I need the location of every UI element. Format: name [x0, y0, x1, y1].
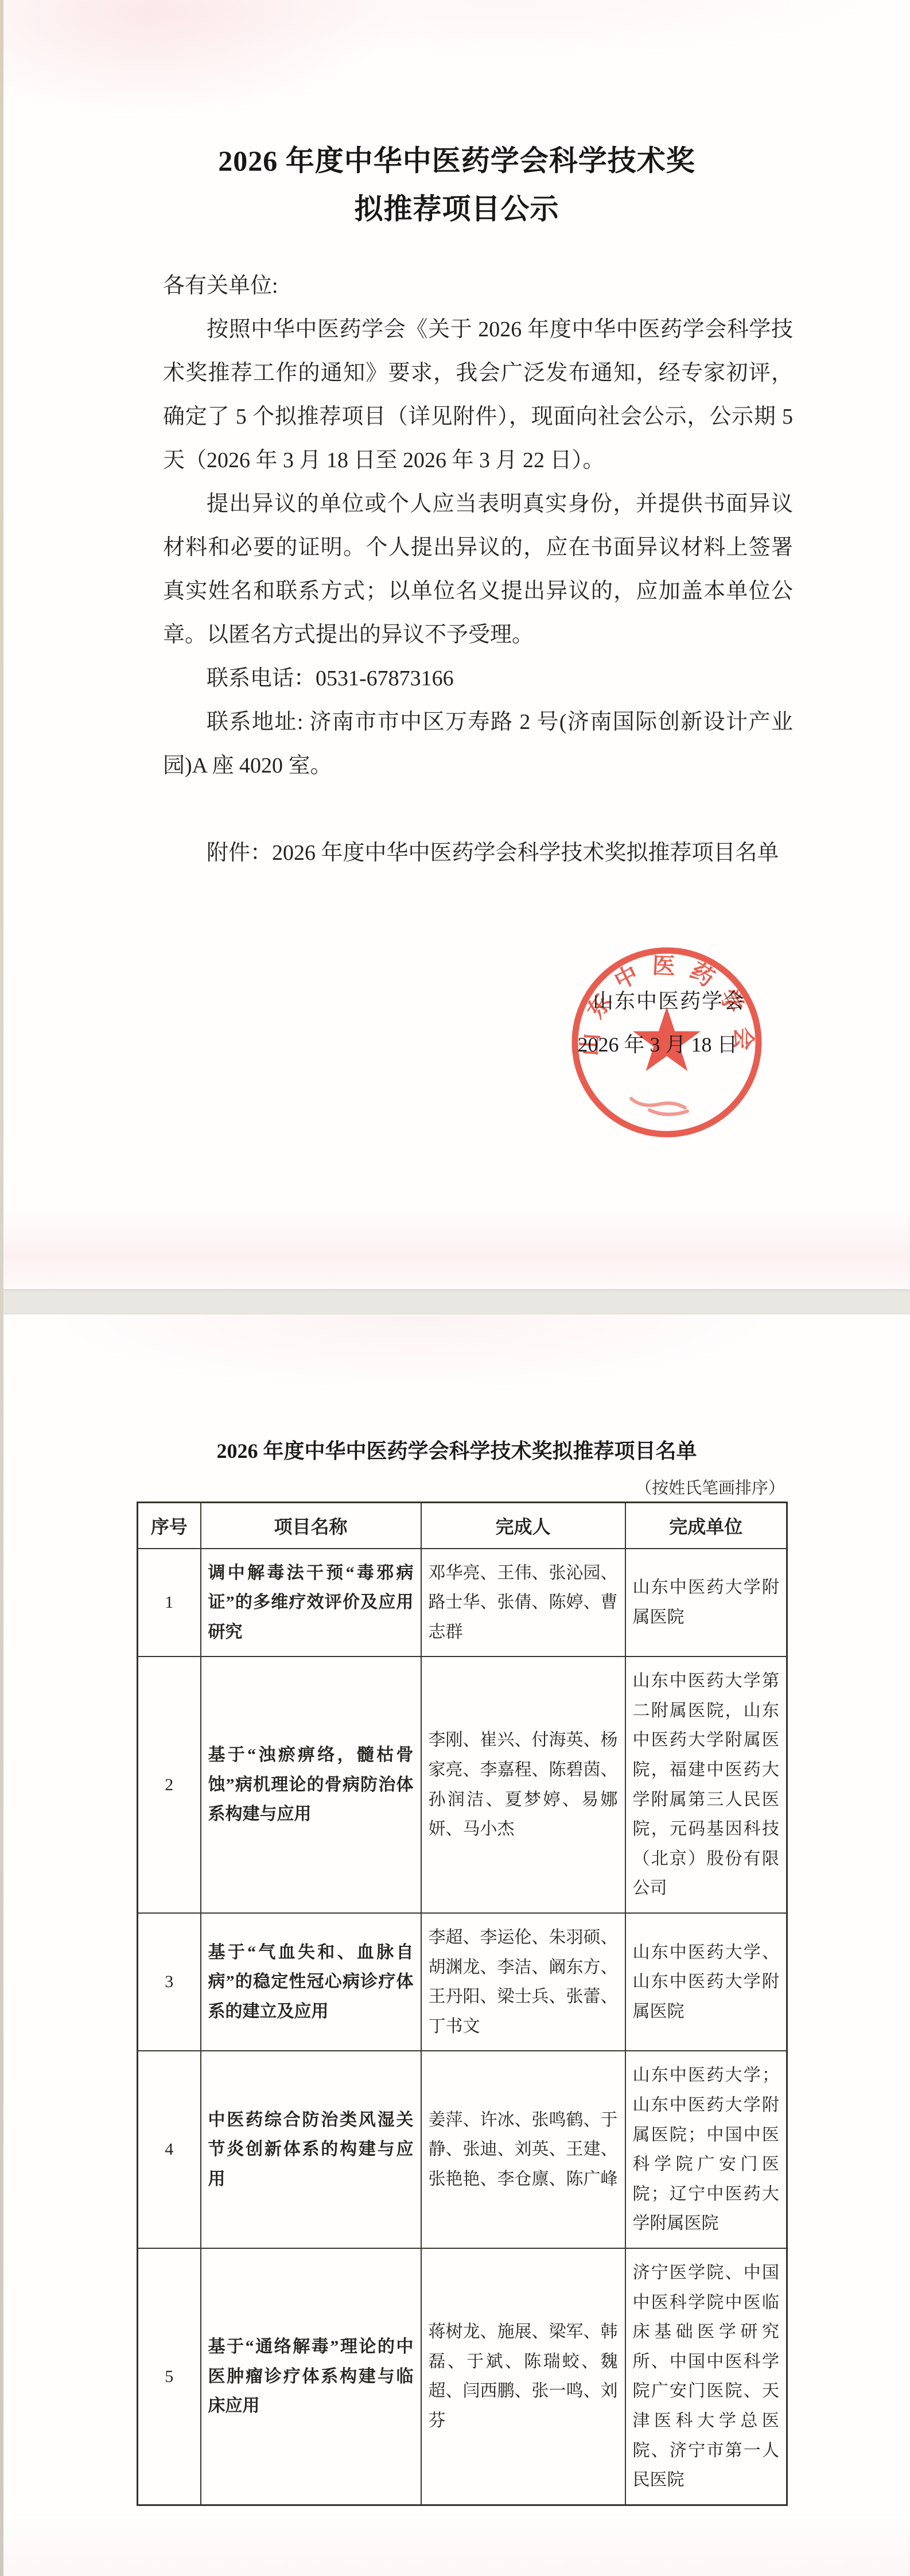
salutation: 各有关单位:: [163, 264, 793, 308]
col-header-units: 完成单位: [625, 1503, 787, 1549]
contact-phone: 联系电话：0531-67873166: [163, 657, 793, 700]
attachment-note: 附件：2026 年度中华中医药学会科学技术奖拟推荐项目名单: [163, 831, 793, 875]
cell-project: 基于“气血失和、血脉自病”的稳定性冠心病诊疗体系的建立及应用: [201, 1913, 421, 2051]
document-scan: 2026 年度中华中医药学会科学技术奖 拟推荐项目公示 各有关单位: 按照中华中…: [0, 0, 910, 2576]
cell-project: 调中解毒法干预“毒邪病证”的多维疗效评价及应用研究: [201, 1549, 421, 1657]
signature-date: 2026 年 3 月 18 日: [563, 1029, 752, 1058]
cell-members: 蒋树龙、施展、梁军、韩磊、于斌、陈瑞蛟、魏超、闫西鹏、张一鸣、刘芬: [421, 2248, 625, 2505]
cell-units: 山东中医药大学第二附属医院，山东中医药大学附属医院，福建中医药大学附属第三人民医…: [625, 1656, 787, 1913]
cell-no: 2: [138, 1656, 201, 1913]
seal-scribble: [631, 1099, 687, 1115]
table-row: 5基于“通络解毒”理论的中医肿瘤诊疗体系构建与临床应用蒋树龙、施展、梁军、韩磊、…: [138, 2248, 787, 2505]
cell-members: 邓华亮、王伟、张沁园、路士华、张倩、陈婷、曹志群: [421, 1549, 625, 1657]
paragraph-2: 提出异议的单位或个人应当表明真实身份，并提供书面异议材料和必要的证明。个人提出异…: [163, 482, 793, 657]
doc-title-line2: 拟推荐项目公示: [3, 185, 910, 233]
page-1: 2026 年度中华中医药学会科学技术奖 拟推荐项目公示 各有关单位: 按照中华中…: [3, 0, 910, 1289]
cell-no: 1: [138, 1549, 201, 1657]
cell-project: 基于“通络解毒”理论的中医肿瘤诊疗体系构建与临床应用: [201, 2248, 421, 2505]
cell-members: 李超、李运伦、朱羽硕、胡渊龙、李洁、阚东方、王丹阳、梁士兵、张蕾、丁书文: [421, 1913, 625, 2051]
col-header-project: 项目名称: [201, 1503, 421, 1549]
col-header-members: 完成人: [421, 1503, 625, 1549]
sort-note: （按姓氏笔画排序）: [635, 1475, 785, 1499]
table-row: 2基于“浊瘀痹络，髓枯骨蚀”病机理论的骨病防治体系构建与应用李刚、崔兴、付海英、…: [138, 1656, 787, 1913]
cell-units: 山东中医药大学；山东中医药大学附属医院；中国中医科学院广安门医院；辽宁中医药大学…: [625, 2051, 787, 2248]
projects-table: 序号 项目名称 完成人 完成单位 1调中解毒法干预“毒邪病证”的多维疗效评价及应…: [137, 1502, 788, 2506]
page-2: 2026 年度中华中医药学会科学技术奖拟推荐项目名单 （按姓氏笔画排序） 序号 …: [3, 1314, 910, 2576]
cell-project: 中医药综合防治类风湿关节炎创新体系的构建与应用: [201, 2051, 421, 2248]
table-row: 1调中解毒法干预“毒邪病证”的多维疗效评价及应用研究邓华亮、王伟、张沁园、路士华…: [138, 1549, 787, 1657]
table-row: 3基于“气血失和、血脉自病”的稳定性冠心病诊疗体系的建立及应用李超、李运伦、朱羽…: [138, 1913, 787, 2051]
table-row: 4中医药综合防治类风湿关节炎创新体系的构建与应用姜萍、许冰、张鸣鹤、于静、张迪、…: [138, 2051, 787, 2248]
cell-members: 李刚、崔兴、付海英、杨家亮、李嘉程、陈碧茵、孙润洁、夏梦婷、易娜妍、马小杰: [421, 1656, 625, 1913]
cell-units: 山东中医药大学、山东中医药大学附属医院: [625, 1913, 787, 2051]
cell-no: 4: [138, 2051, 201, 2248]
table-header-row: 序号 项目名称 完成人 完成单位: [138, 1503, 787, 1549]
cell-no: 5: [138, 2248, 201, 2505]
cell-units: 济宁医学院、中国中医科学院中医临床基础医学研究所、中国中医科学院广安门医院、天津…: [625, 2248, 787, 2505]
cell-members: 姜萍、许冰、张鸣鹤、于静、张迪、刘英、王建、张艳艳、李仓廪、陈广峰: [421, 2051, 625, 2248]
attachment-title: 2026 年度中华中医药学会科学技术奖拟推荐项目名单: [3, 1435, 910, 1464]
cell-units: 山东中医药大学附属医院: [625, 1549, 787, 1657]
projects-table-body: 1调中解毒法干预“毒邪病证”的多维疗效评价及应用研究邓华亮、王伟、张沁园、路士华…: [138, 1549, 787, 2505]
paragraph-1: 按照中华中医药学会《关于 2026 年度中华中医药学会科学技术奖推荐工作的通知》…: [163, 308, 793, 482]
projects-table-wrap: 序号 项目名称 完成人 完成单位 1调中解毒法干预“毒邪病证”的多维疗效评价及应…: [137, 1502, 786, 2506]
signature-org: 山东中医药学会: [586, 985, 752, 1014]
cell-no: 3: [138, 1913, 201, 2051]
cell-project: 基于“浊瘀痹络，髓枯骨蚀”病机理论的骨病防治体系构建与应用: [201, 1656, 421, 1913]
announcement-body: 各有关单位: 按照中华中医药学会《关于 2026 年度中华中医药学会科学技术奖推…: [163, 264, 793, 875]
col-header-no: 序号: [138, 1503, 201, 1549]
scan-edge-line: [0, 0, 3, 2576]
doc-title: 2026 年度中华中医药学会科学技术奖 拟推荐项目公示: [3, 137, 910, 233]
doc-title-line1: 2026 年度中华中医药学会科学技术奖: [3, 137, 910, 185]
contact-address: 联系地址: 济南市市中区万寿路 2 号(济南国际创新设计产业园)A 座 4020…: [163, 700, 793, 787]
